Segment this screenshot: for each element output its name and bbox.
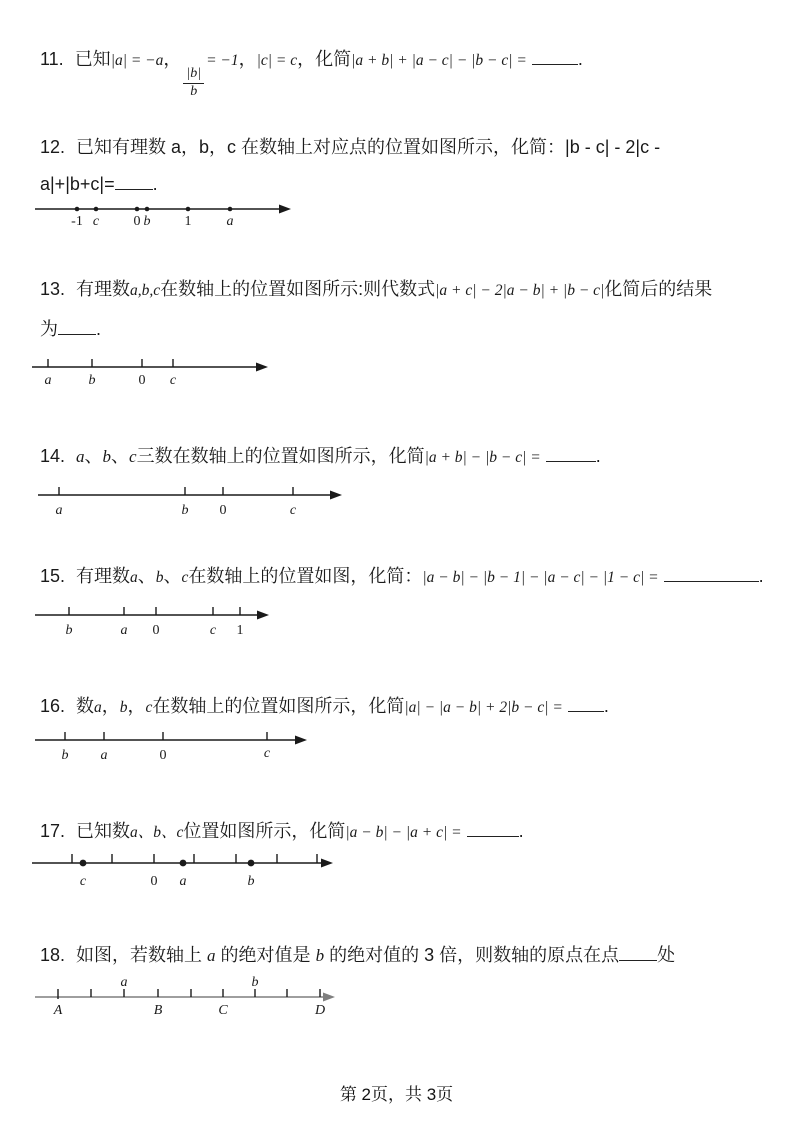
math-var: b — [316, 946, 325, 965]
point-label: b — [89, 373, 96, 388]
problem-12-number: 12. — [40, 136, 65, 158]
point-label: a — [56, 503, 63, 518]
problem-13-text: 化简后的结果 — [604, 279, 712, 299]
answer-blank — [664, 568, 759, 582]
problem-15: 15.有理数a、b、c在数轴上的位置如图，化简：|a − b| − |b − 1… — [40, 565, 764, 589]
point-label: c — [170, 373, 177, 388]
separator: ， — [163, 49, 181, 69]
fraction-numerator: |b| — [183, 66, 204, 84]
problem-18-text: 如图，若数轴上 — [76, 945, 207, 965]
problem-17-text: 位置如图所示，化简 — [183, 821, 345, 841]
answer-blank — [546, 448, 596, 462]
problem-12-line1: 12.已知有理数 a，b，c 在数轴上对应点的位置如图所示，化简：|b - c|… — [40, 136, 660, 158]
problem-11-text: ，化简 — [297, 49, 351, 69]
numberline-17: c 0 a b — [30, 848, 342, 890]
math-var: b — [120, 699, 128, 716]
separator: ， — [102, 696, 120, 716]
problem-13-number: 13. — [40, 278, 65, 300]
problem-14-text: 三数在数轴上的位置如图所示，化简 — [137, 446, 425, 466]
period: . — [153, 174, 158, 194]
math-var: a、b、c — [130, 824, 183, 841]
answer-blank — [619, 947, 657, 961]
worksheet-page: 11.已知|a| = −a，|b|b= −1，|c| = c，化简|a + b|… — [0, 0, 793, 1122]
point-label: b — [66, 623, 73, 638]
period: . — [604, 696, 609, 716]
point-label: a — [227, 214, 234, 229]
point-label: b — [248, 874, 255, 889]
point-label: a — [121, 623, 128, 638]
separator: 、 — [138, 566, 156, 586]
period: . — [519, 821, 524, 841]
problem-16-number: 16. — [40, 695, 65, 717]
math-expression: |a| = −a — [111, 52, 164, 69]
problem-13-text: 有理数 — [76, 279, 130, 299]
problem-16-text: 在数轴上的位置如图所示，化简 — [152, 696, 404, 716]
separator: 、 — [111, 446, 129, 466]
point-label: -1 — [71, 214, 83, 229]
problem-17: 17.已知数a、b、c位置如图所示，化简|a − b| − |a + c| = … — [40, 820, 524, 844]
problem-11-text: 已知 — [75, 49, 111, 69]
problem-13-text: 为 — [40, 319, 58, 339]
point-label: 0 — [220, 503, 227, 518]
point-label: 0 — [153, 623, 160, 638]
problem-18-text: 处 — [657, 945, 675, 965]
numberline-18: a b A B C D — [33, 975, 345, 1019]
problem-13-line2: 为. — [40, 318, 101, 340]
separator: 、 — [85, 446, 103, 466]
answer-blank — [115, 176, 153, 190]
point-label: 0 — [134, 214, 141, 229]
answer-blank — [532, 51, 578, 65]
point-label: 0 — [160, 748, 167, 763]
point-label: a — [101, 748, 108, 763]
point-label: b — [252, 975, 259, 990]
math-var: b — [156, 569, 164, 586]
arrowhead-icon — [321, 859, 333, 868]
numberline-12: -1 c 0 b 1 a — [33, 198, 303, 232]
math-expression: = −1 — [206, 52, 239, 69]
math-expression: |a + b| + |a − c| − |b − c| = — [351, 52, 527, 69]
problem-12-text: a|+|b+c|= — [40, 174, 115, 194]
answer-blank — [58, 321, 96, 335]
problem-13-line1: 13.有理数a,b,c在数轴上的位置如图所示:则代数式|a + c| − 2|a… — [40, 278, 712, 302]
math-var: b — [103, 447, 112, 466]
point-label: a — [180, 874, 187, 889]
problem-15-text: 在数轴上的位置如图，化简： — [188, 566, 422, 586]
point-label: c — [264, 746, 271, 761]
point-label: a — [45, 373, 52, 388]
point-label: 1 — [185, 214, 192, 229]
problem-18-text: 的绝对值是 — [216, 945, 316, 965]
answer-blank — [467, 823, 519, 837]
period: . — [96, 319, 101, 339]
math-var: a — [207, 946, 216, 965]
separator: 、 — [164, 566, 182, 586]
point-label: c — [80, 874, 87, 889]
problem-14-number: 14. — [40, 445, 65, 467]
problem-14: 14.a、b、c三数在数轴上的位置如图所示，化简|a + b| − |b − c… — [40, 445, 601, 469]
point-label: 0 — [151, 874, 158, 889]
math-var: a — [76, 447, 85, 466]
period: . — [578, 49, 583, 69]
arrowhead-icon — [330, 491, 342, 500]
math-expression: a,b,c — [130, 282, 160, 299]
problem-15-number: 15. — [40, 565, 65, 587]
numberline-16: b a 0 c — [33, 727, 323, 767]
problem-16-text: 数 — [76, 696, 94, 716]
point-label: B — [154, 1003, 163, 1018]
problem-12-line2: a|+|b+c|=. — [40, 173, 158, 195]
point-label: D — [314, 1003, 325, 1018]
point-label: C — [218, 1003, 228, 1018]
arrowhead-icon — [295, 736, 307, 745]
fraction: |b|b — [183, 66, 204, 101]
problem-18-number: 18. — [40, 944, 65, 966]
arrowhead-icon — [323, 993, 335, 1002]
fraction-denominator: b — [190, 84, 197, 101]
arrowhead-icon — [256, 363, 268, 372]
math-expression: |a + c| − 2|a − b| + |b − c| — [435, 282, 604, 299]
math-expression: |a − b| − |a + c| = — [345, 824, 461, 841]
problem-12-text: 已知有理数 a，b，c 在数轴上对应点的位置如图所示，化简：|b - c| - … — [76, 137, 660, 157]
problem-17-text: 已知数 — [76, 821, 130, 841]
problem-18-text: 的绝对值的 3 倍，则数轴的原点在点 — [324, 945, 619, 965]
separator: ， — [128, 696, 146, 716]
arrowhead-icon — [279, 205, 291, 214]
math-expression: |a| − |a − b| + 2|b − c| = — [404, 699, 562, 716]
math-expression: |a + b| − |b − c| = — [425, 449, 541, 466]
numberline-15: b a 0 c 1 — [33, 600, 278, 640]
problem-11: 11.已知|a| = −a，|b|b= −1，|c| = c，化简|a + b|… — [40, 48, 583, 101]
numberline-13: a b 0 c — [30, 352, 275, 388]
period: . — [759, 566, 764, 586]
problem-13-text: 在数轴上的位置如图所示:则代数式 — [160, 279, 435, 299]
point-label: a — [121, 975, 128, 990]
math-var: a — [130, 569, 138, 586]
arrowhead-icon — [257, 611, 269, 620]
point-label: 0 — [139, 373, 146, 388]
problem-17-number: 17. — [40, 820, 65, 842]
math-var: c — [129, 447, 137, 466]
point-label: c — [210, 623, 217, 638]
point-label: b — [144, 214, 151, 229]
point-label: A — [53, 1003, 63, 1018]
point-label: c — [290, 503, 297, 518]
math-var: a — [94, 699, 102, 716]
point-label: b — [62, 748, 69, 763]
point-label: 1 — [237, 623, 244, 638]
math-expression: |a − b| − |b − 1| − |a − c| − |1 − c| = — [422, 569, 658, 586]
problem-16: 16.数a，b，c在数轴上的位置如图所示，化简|a| − |a − b| + 2… — [40, 695, 609, 719]
period: . — [596, 446, 601, 466]
separator: ， — [239, 49, 257, 69]
point-label: c — [93, 214, 100, 229]
problem-18: 18.如图，若数轴上 a 的绝对值是 b 的绝对值的 3 倍，则数轴的原点在点处 — [40, 944, 675, 967]
problem-15-text: 有理数 — [76, 566, 130, 586]
point-label: b — [182, 503, 189, 518]
numberline-14: a b 0 c — [36, 482, 351, 520]
answer-blank — [568, 698, 604, 712]
page-footer: 第 2页，共 3页 — [0, 1080, 793, 1105]
math-expression: |c| = c — [257, 52, 298, 69]
problem-11-number: 11. — [40, 48, 64, 70]
